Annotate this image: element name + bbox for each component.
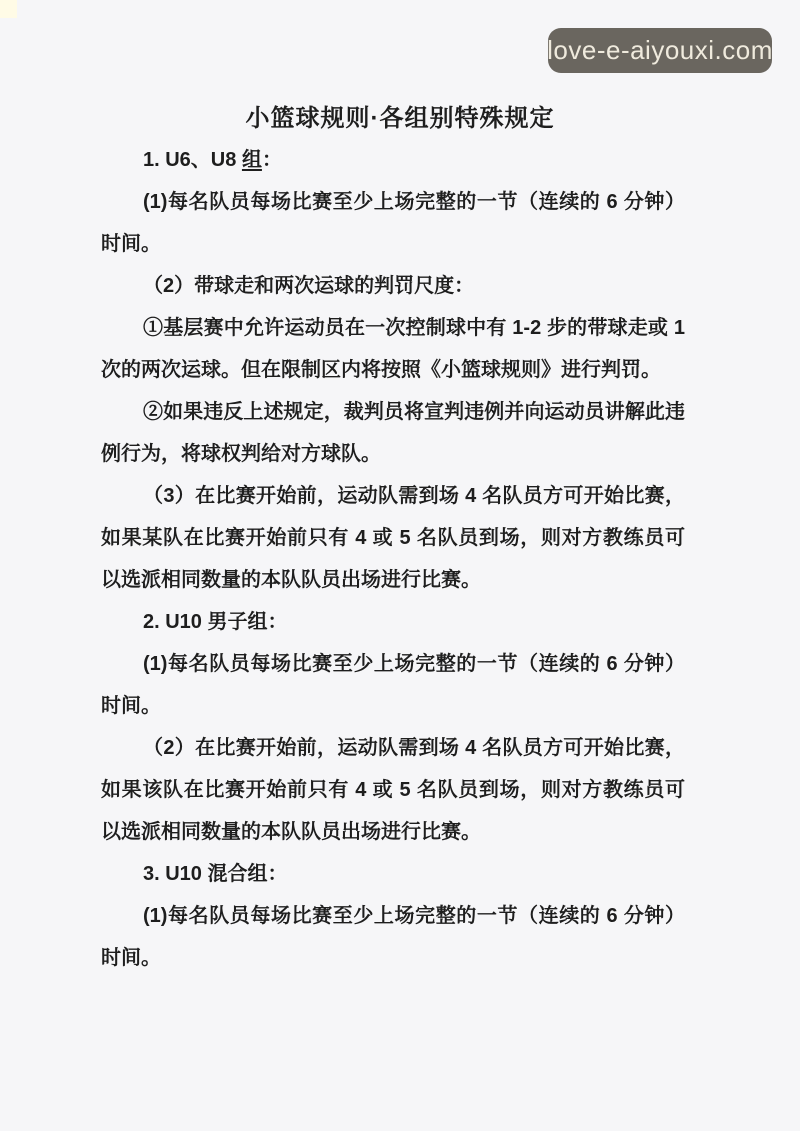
paragraph-text: ②如果违反上述规定，裁判员将宣判违例并向运动员讲解此违例行为，将球权判给对方球队…: [101, 401, 685, 465]
paragraph-text: （3）在比赛开始前，运动队需到场 4 名队员方可开始比赛，如果某队在比赛开始前只…: [101, 485, 685, 591]
body-paragraph: （2）带球走和两次运球的判罚尺度：: [101, 265, 685, 307]
paragraph-text: (1)每名队员每场比赛至少上场完整的一节（连续的 6 分钟）时间。: [101, 905, 685, 969]
document-body: 1. U6、U8 组：(1)每名队员每场比赛至少上场完整的一节（连续的 6 分钟…: [101, 139, 685, 979]
body-paragraph: (1)每名队员每场比赛至少上场完整的一节（连续的 6 分钟）时间。: [101, 181, 685, 265]
watermark-badge: love-e-aiyouxi.com: [548, 28, 772, 73]
body-paragraph: ①基层赛中允许运动员在一次控制球中有 1-2 步的带球走或 1 次的两次运球。但…: [101, 307, 685, 391]
scanned-document-page: love-e-aiyouxi.com 小篮球规则·各组别特殊规定 1. U6、U…: [0, 0, 800, 1131]
paragraph-text: 3. U10 混合组：: [143, 863, 287, 885]
paragraph-text: （2）在比赛开始前，运动队需到场 4 名队员方可开始比赛，如果该队在比赛开始前只…: [101, 737, 685, 843]
section-heading: 1. U6、U8 组：: [101, 139, 685, 181]
paragraph-text: 1. U6、U8: [143, 149, 242, 171]
body-paragraph: ②如果违反上述规定，裁判员将宣判违例并向运动员讲解此违例行为，将球权判给对方球队…: [101, 391, 685, 475]
section-heading: 3. U10 混合组：: [101, 853, 685, 895]
paragraph-text: (1)每名队员每场比赛至少上场完整的一节（连续的 6 分钟）时间。: [101, 653, 685, 717]
body-paragraph: （3）在比赛开始前，运动队需到场 4 名队员方可开始比赛，如果某队在比赛开始前只…: [101, 475, 685, 601]
paragraph-text: 2. U10 男子组：: [143, 611, 287, 633]
body-paragraph: (1)每名队员每场比赛至少上场完整的一节（连续的 6 分钟）时间。: [101, 895, 685, 979]
body-paragraph: （2）在比赛开始前，运动队需到场 4 名队员方可开始比赛，如果该队在比赛开始前只…: [101, 727, 685, 853]
document-title: 小篮球规则·各组别特殊规定: [0, 98, 800, 133]
page-corner-artifact: [0, 0, 17, 18]
paragraph-text: ：: [262, 149, 282, 171]
watermark-text: love-e-aiyouxi.com: [547, 35, 773, 66]
paragraph-text: ①基层赛中允许运动员在一次控制球中有 1-2 步的带球走或 1 次的两次运球。但…: [101, 317, 685, 381]
paragraph-text: （2）带球走和两次运球的判罚尺度：: [143, 275, 474, 297]
paragraph-text: (1)每名队员每场比赛至少上场完整的一节（连续的 6 分钟）时间。: [101, 191, 685, 255]
paragraph-text: 组: [242, 149, 262, 171]
section-heading: 2. U10 男子组：: [101, 601, 685, 643]
body-paragraph: (1)每名队员每场比赛至少上场完整的一节（连续的 6 分钟）时间。: [101, 643, 685, 727]
